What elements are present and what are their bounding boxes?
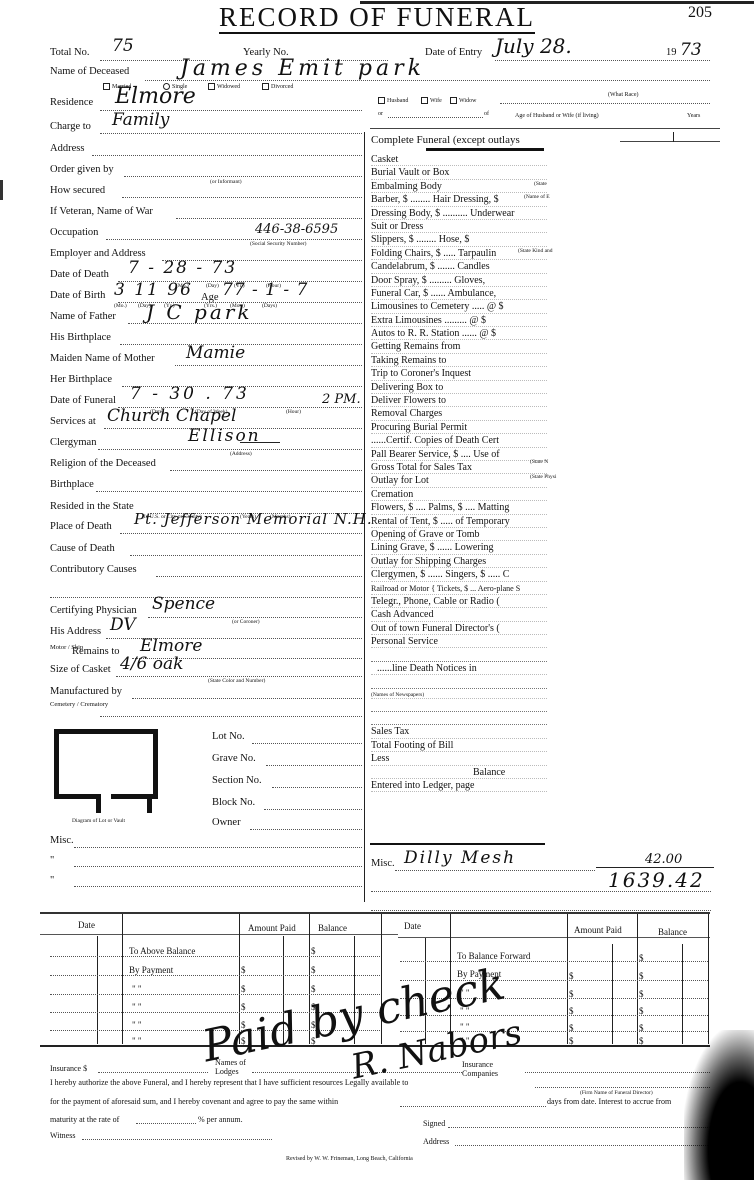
insurance-label: Insurance $: [50, 1064, 87, 1073]
sublabel: (Name of E: [524, 194, 550, 200]
charge-taking-remains[interactable]: Taking Remains to: [371, 354, 547, 367]
charge-cremation[interactable]: Cremation: [371, 488, 547, 501]
charge-tickets[interactable]: Railroad or Motor { Tickets, $ ... Aero-…: [371, 582, 547, 595]
diagram-wall: [147, 794, 152, 813]
place-of-death-field[interactable]: Pt. Jefferson Memorial N.H.: [134, 510, 373, 528]
dots: [50, 956, 380, 957]
remains-to-field[interactable]: Elmore: [140, 636, 202, 656]
sublabel: (State Kind and: [518, 248, 553, 254]
sublabel: (Mo.): [114, 303, 127, 309]
ssn-sublabel: (Social Security Number): [250, 241, 307, 247]
pen-stroke: [240, 442, 280, 443]
ledger-header-line: [40, 934, 398, 935]
owner-label: Owner: [212, 817, 241, 828]
authorization-text-2-end: days from date. Interest to accrue from: [547, 1097, 671, 1106]
authorization-text-3: maturity at the rate of: [50, 1115, 119, 1124]
charge-sales-tax[interactable]: Sales Tax: [371, 725, 547, 738]
charge-gross-total[interactable]: Gross Total for Sales Tax: [371, 461, 547, 474]
lot-diagram: [54, 729, 158, 799]
ledger-col: [637, 914, 638, 1044]
services-at-label: Services at: [50, 416, 96, 427]
charge-dressing-body[interactable]: Dressing Body, $ .......... Underwear: [371, 207, 547, 220]
charge-opening-grave[interactable]: Opening of Grave or Tomb: [371, 528, 547, 541]
resided-in-state-label: Resided in the State: [50, 501, 134, 512]
mother-maiden-name-field[interactable]: Mamie: [186, 343, 245, 363]
services-at-field[interactable]: Church Chapel: [107, 406, 236, 426]
cause-of-death-label: Cause of Death: [50, 543, 115, 554]
witness-label: Witness: [50, 1131, 75, 1140]
order-given-by-label: Order given by: [50, 164, 114, 175]
contributory-causes-field[interactable]: [156, 576, 362, 577]
father-name-field[interactable]: J C park: [146, 300, 252, 324]
charge-removal[interactable]: Removal Charges: [371, 407, 547, 420]
checkbox-wife[interactable]: Wife: [421, 97, 442, 104]
ledger-amount-header: Amount Paid: [574, 925, 622, 935]
charge-total-footing[interactable]: Total Footing of Bill: [371, 739, 547, 752]
order-given-by-field[interactable]: [124, 176, 362, 177]
charge-death-cert-copies[interactable]: ......Certif. Copies of Death Cert: [371, 434, 547, 447]
charge-out-of-town-director[interactable]: Out of town Funeral Director's (: [371, 622, 547, 635]
checkbox-husband[interactable]: Husband: [378, 97, 408, 104]
manufactured-by-label: Manufactured by: [50, 686, 122, 697]
misc-field-2[interactable]: [74, 866, 362, 867]
manufactured-by-field[interactable]: [132, 698, 362, 699]
section-no-label: Section No.: [212, 775, 262, 786]
diagram-caption: Diagram of Lot or Vault: [72, 818, 125, 824]
charge-clergymen[interactable]: Clergymen, $ ...... Singers, $ ..... C: [371, 568, 547, 581]
block-no-label: Block No.: [212, 797, 255, 808]
sublabel: (Days): [262, 303, 277, 309]
ledger-amount-cell[interactable]: $: [241, 1002, 246, 1012]
ledger-row-label: " ": [132, 1002, 142, 1012]
what-race-label: (What Race): [608, 92, 638, 98]
cemetery-crematory-field[interactable]: [100, 716, 362, 717]
ledger-col: [682, 944, 683, 1044]
charge-autos[interactable]: Autos to R. R. Station ...... @ $: [371, 327, 547, 340]
diagram-wall: [96, 794, 101, 813]
charge-outlay-lot[interactable]: Outlay for Lot: [371, 474, 547, 487]
dots: [371, 910, 711, 911]
date-of-birth-field[interactable]: 3 11 96: [114, 280, 193, 300]
coroner-sublabel: (or Coroner): [232, 619, 260, 625]
charge-slippers[interactable]: Slippers, $ ........ Hose, $: [371, 233, 547, 246]
religion-label: Religion of the Deceased: [50, 458, 156, 469]
year-field[interactable]: 73: [680, 40, 702, 60]
his-birthplace-label: His Birthplace: [50, 332, 111, 343]
ledger-col: [708, 914, 709, 1044]
charge-lining-grave[interactable]: Lining Grave, $ ...... Lowering: [371, 541, 547, 554]
charge-delivering-box[interactable]: Delivering Box to: [371, 381, 547, 394]
her-birthplace-label: Her Birthplace: [50, 374, 112, 385]
lot-no-label: Lot No.: [212, 731, 245, 742]
father-name-label: Name of Father: [50, 311, 116, 322]
insurance-field[interactable]: [98, 1072, 208, 1073]
days-field[interactable]: [400, 1106, 546, 1107]
his-address-label: His Address: [50, 626, 101, 637]
checkbox-divorced[interactable]: Divorced: [262, 83, 293, 90]
blank-line[interactable]: [371, 712, 547, 725]
checkbox-widow[interactable]: Widow: [450, 97, 476, 104]
how-secured-field[interactable]: [122, 197, 362, 198]
ledger-row-label: To Above Balance: [129, 946, 195, 956]
charge-cash-advanced[interactable]: Cash Advanced: [371, 608, 547, 621]
dots: [120, 533, 362, 534]
cemetery-crematory-label: Cemetery / Crematory: [50, 701, 108, 708]
right-misc-label: Misc.: [371, 858, 395, 869]
divider: [620, 141, 720, 142]
firm-name-sublabel: (Firm Name of Funeral Director): [580, 1090, 653, 1096]
percent-label: % per annum.: [198, 1115, 243, 1124]
witness-field[interactable]: [82, 1139, 272, 1140]
ledger-col: [567, 914, 568, 1044]
social-security-field[interactable]: 446-38-6595: [255, 222, 338, 237]
charge-barber[interactable]: Barber, $ ........ Hair Dressing, $: [371, 193, 547, 206]
dots: [175, 365, 362, 366]
charge-burial-permit[interactable]: Procuring Burial Permit: [371, 421, 547, 434]
years-label: Years: [687, 113, 700, 119]
blank-line[interactable]: [371, 675, 547, 688]
size-of-casket-label: Size of Casket: [50, 664, 111, 675]
sublabel: (State: [534, 181, 547, 187]
divider: [673, 132, 674, 142]
ledger-underline: [370, 843, 545, 845]
dots: [148, 617, 362, 618]
address-field[interactable]: [92, 155, 362, 156]
certifying-physician-field[interactable]: Spence: [152, 594, 215, 614]
age-field[interactable]: 77 - 1 - 7: [222, 280, 308, 300]
cause-of-death-field[interactable]: [130, 555, 362, 556]
blank-line[interactable]: [371, 648, 547, 661]
charge-embalming[interactable]: Embalming Body: [371, 180, 547, 193]
dots: [495, 60, 710, 61]
his-address-field[interactable]: DV: [110, 615, 136, 635]
ledger-amount-cell[interactable]: $: [241, 965, 246, 975]
newspapers-sublabel: (Names of Newspapers): [371, 689, 547, 699]
ledger-col: [122, 914, 123, 1044]
dots: [371, 891, 711, 892]
date-of-entry-field[interactable]: July 28.: [495, 34, 572, 58]
residence-label: Residence: [50, 97, 93, 108]
grave-no-label: Grave No.: [212, 753, 256, 764]
misc-field-3[interactable]: [74, 886, 362, 887]
ditto-mark: ": [50, 855, 54, 866]
charge-tent-rental[interactable]: Rental of Tent, $ ..... of Temporary: [371, 515, 547, 528]
blank-line[interactable]: [371, 699, 547, 712]
size-of-casket-field[interactable]: 4/6 oak: [120, 654, 183, 674]
charge-casket[interactable]: Casket: [371, 153, 547, 166]
divider: [370, 128, 720, 129]
ledger-balance-cell[interactable]: $: [311, 946, 316, 956]
block-no-field[interactable]: [264, 809, 362, 810]
charge-pall-bearer[interactable]: Pall Bearer Service, $ .... Use of: [371, 448, 547, 461]
charge-funeral-car[interactable]: Funeral Car, $ ...... Ambulance,: [371, 287, 547, 300]
charge-flowers[interactable]: Flowers, $ .... Palms, $ .... Matting: [371, 501, 547, 514]
charge-door-spray[interactable]: Door Spray, $ ......... Gloves,: [371, 274, 547, 287]
dots: [400, 961, 708, 962]
ledger-row-label: " ": [132, 984, 142, 994]
dots: [98, 449, 362, 450]
age-of-spouse-label: Age of Husband or Wife (if living): [515, 113, 599, 119]
dots: [388, 117, 483, 118]
charge-limousines[interactable]: Limousines to Cemetery ..... @ $: [371, 300, 547, 313]
ledger-balance-header: Balance: [658, 927, 687, 937]
scan-ink-smudge: [684, 1030, 754, 1180]
dots: [106, 239, 362, 240]
ledger-amount-header: Amount Paid: [248, 923, 296, 933]
dots: [116, 676, 362, 677]
charge-to-field[interactable]: Family: [112, 110, 169, 130]
authorization-text-2: for the payment of aforesaid sum, and I …: [50, 1097, 338, 1106]
funeral-record-page: RECORD OF FUNERAL 205 Total No. 75 Yearl…: [0, 0, 754, 1180]
veteran-war-field[interactable]: [176, 218, 362, 219]
color-number-sublabel: (State Color and Number): [208, 678, 265, 684]
misc-field[interactable]: [74, 847, 362, 848]
section-no-field[interactable]: [272, 787, 362, 788]
charge-burial-vault[interactable]: Burial Vault or Box: [371, 166, 547, 179]
dots: [395, 870, 595, 871]
birthplace-field[interactable]: [96, 491, 362, 492]
ledger-col: [612, 944, 613, 1044]
charge-candelabrum[interactable]: Candelabrum, $ ....... Candles: [371, 260, 547, 273]
ditto-mark: ": [50, 875, 54, 886]
ledger-row-label: By Payment: [129, 965, 173, 975]
date-of-funeral-field[interactable]: 7 - 30 . 73: [130, 384, 250, 404]
ledger-date-header: Date: [404, 921, 421, 931]
funeral-hour-field[interactable]: 2 PM.: [322, 392, 361, 407]
clergyman-label: Clergyman: [50, 437, 96, 448]
of-label: of: [484, 111, 489, 117]
charge-telegraph[interactable]: Telegr., Phone, Cable or Radio (: [371, 595, 547, 608]
charge-suit-or-dress[interactable]: Suit or Dress: [371, 220, 547, 233]
ledger-date-header: Date: [78, 920, 95, 930]
charge-extra-limousines[interactable]: Extra Limousines ......... @ $: [371, 314, 547, 327]
signed-label: Signed: [423, 1119, 445, 1128]
charge-less[interactable]: Less: [371, 752, 547, 765]
revised-by-credit: Revised by W. W. Frineman, Long Beach, C…: [286, 1156, 413, 1162]
charge-shipping[interactable]: Outlay for Shipping Charges: [371, 555, 547, 568]
ledger-row-label: " ": [132, 1020, 142, 1030]
address-label: Address: [50, 143, 84, 154]
address-sublabel: (Address): [230, 451, 252, 457]
misc-amount-field[interactable]: 42.00: [645, 852, 682, 867]
ledger-balance-cell[interactable]: $: [311, 965, 316, 975]
mother-maiden-name-label: Maiden Name of Mother: [50, 353, 155, 364]
remains-to-label: Remains to: [72, 646, 120, 657]
right-misc-field[interactable]: Dilly Mesh: [404, 848, 516, 868]
ledger-top-line: [40, 912, 710, 914]
sublabel: (Day): [206, 283, 219, 289]
charge-personal-service[interactable]: Personal Service: [371, 635, 547, 648]
insurance-companies-field[interactable]: [525, 1072, 710, 1073]
scan-edge-mark: [0, 180, 3, 200]
how-secured-label: How secured: [50, 185, 105, 196]
date-of-death-label: Date of Death: [50, 269, 109, 280]
dots: [145, 80, 710, 81]
birthplace-label: Birthplace: [50, 479, 94, 490]
date-of-birth-label: Date of Birth: [50, 290, 105, 301]
occupation-label: Occupation: [50, 227, 98, 238]
dots: [128, 323, 362, 324]
charge-balance[interactable]: Balance: [371, 766, 547, 779]
contributory-causes-label: Contributory Causes: [50, 564, 137, 575]
charge-deliver-flowers[interactable]: Deliver Flowers to: [371, 394, 547, 407]
charge-getting-remains[interactable]: Getting Remains from: [371, 340, 547, 353]
name-of-deceased-field[interactable]: James Emit park: [180, 56, 425, 81]
clergyman-field[interactable]: Ellison: [188, 426, 261, 446]
ledger-header-line: [398, 937, 710, 938]
grave-no-field[interactable]: [266, 765, 362, 766]
veteran-war-label: If Veteran, Name of War: [50, 206, 153, 217]
total-no-label: Total No.: [50, 47, 90, 58]
total-no-field[interactable]: 75: [112, 36, 134, 56]
or-label: or: [378, 111, 383, 117]
signed-field[interactable]: [448, 1127, 710, 1128]
date-of-death-field[interactable]: 7 - 28 - 73: [128, 258, 237, 278]
diagram-wall: [54, 794, 100, 799]
place-of-death-label: Place of Death: [50, 521, 112, 532]
sublabel: (State N: [530, 459, 548, 465]
sublabel: (State Physi: [530, 474, 556, 480]
dots: [50, 975, 380, 976]
ledger-col: [97, 936, 98, 1044]
ledger-balance-header: Balance: [318, 923, 347, 933]
ledger-balance-cell[interactable]: $: [311, 984, 316, 994]
date-of-funeral-label: Date of Funeral: [50, 395, 116, 406]
page-number: 205: [688, 4, 712, 22]
charge-death-notices[interactable]: ......line Death Notices in: [371, 662, 547, 675]
page-title: RECORD OF FUNERAL: [0, 2, 754, 33]
interest-rate-field[interactable]: [136, 1123, 196, 1124]
religion-field[interactable]: [170, 470, 362, 471]
lot-no-field[interactable]: [252, 743, 362, 744]
residence-field[interactable]: Elmore: [115, 84, 196, 109]
dots: [100, 133, 362, 134]
checkbox-widowed[interactable]: Widowed: [208, 83, 240, 90]
charge-to-label: Charge to: [50, 121, 91, 132]
informant-sublabel: (or Informant): [210, 179, 242, 185]
sublabel: (Hour): [286, 409, 301, 415]
year-prefix: 19: [666, 47, 677, 58]
footer-address-field[interactable]: [455, 1145, 710, 1146]
charge-coroner-inquest[interactable]: Trip to Coroner's Inquest: [371, 367, 547, 380]
owner-field[interactable]: [250, 829, 362, 830]
ledger-amount-cell[interactable]: $: [241, 984, 246, 994]
heading-underline: [426, 148, 544, 151]
name-of-deceased-label: Name of Deceased: [50, 66, 129, 77]
entered-into-ledger[interactable]: Entered into Ledger, page: [371, 779, 547, 792]
misc-label: Misc.: [50, 835, 74, 846]
footer-address-label: Address: [423, 1137, 449, 1146]
dots: [500, 103, 710, 104]
date-of-entry-label: Date of Entry: [425, 47, 482, 58]
misc-total-field[interactable]: 1639.42: [608, 868, 705, 892]
